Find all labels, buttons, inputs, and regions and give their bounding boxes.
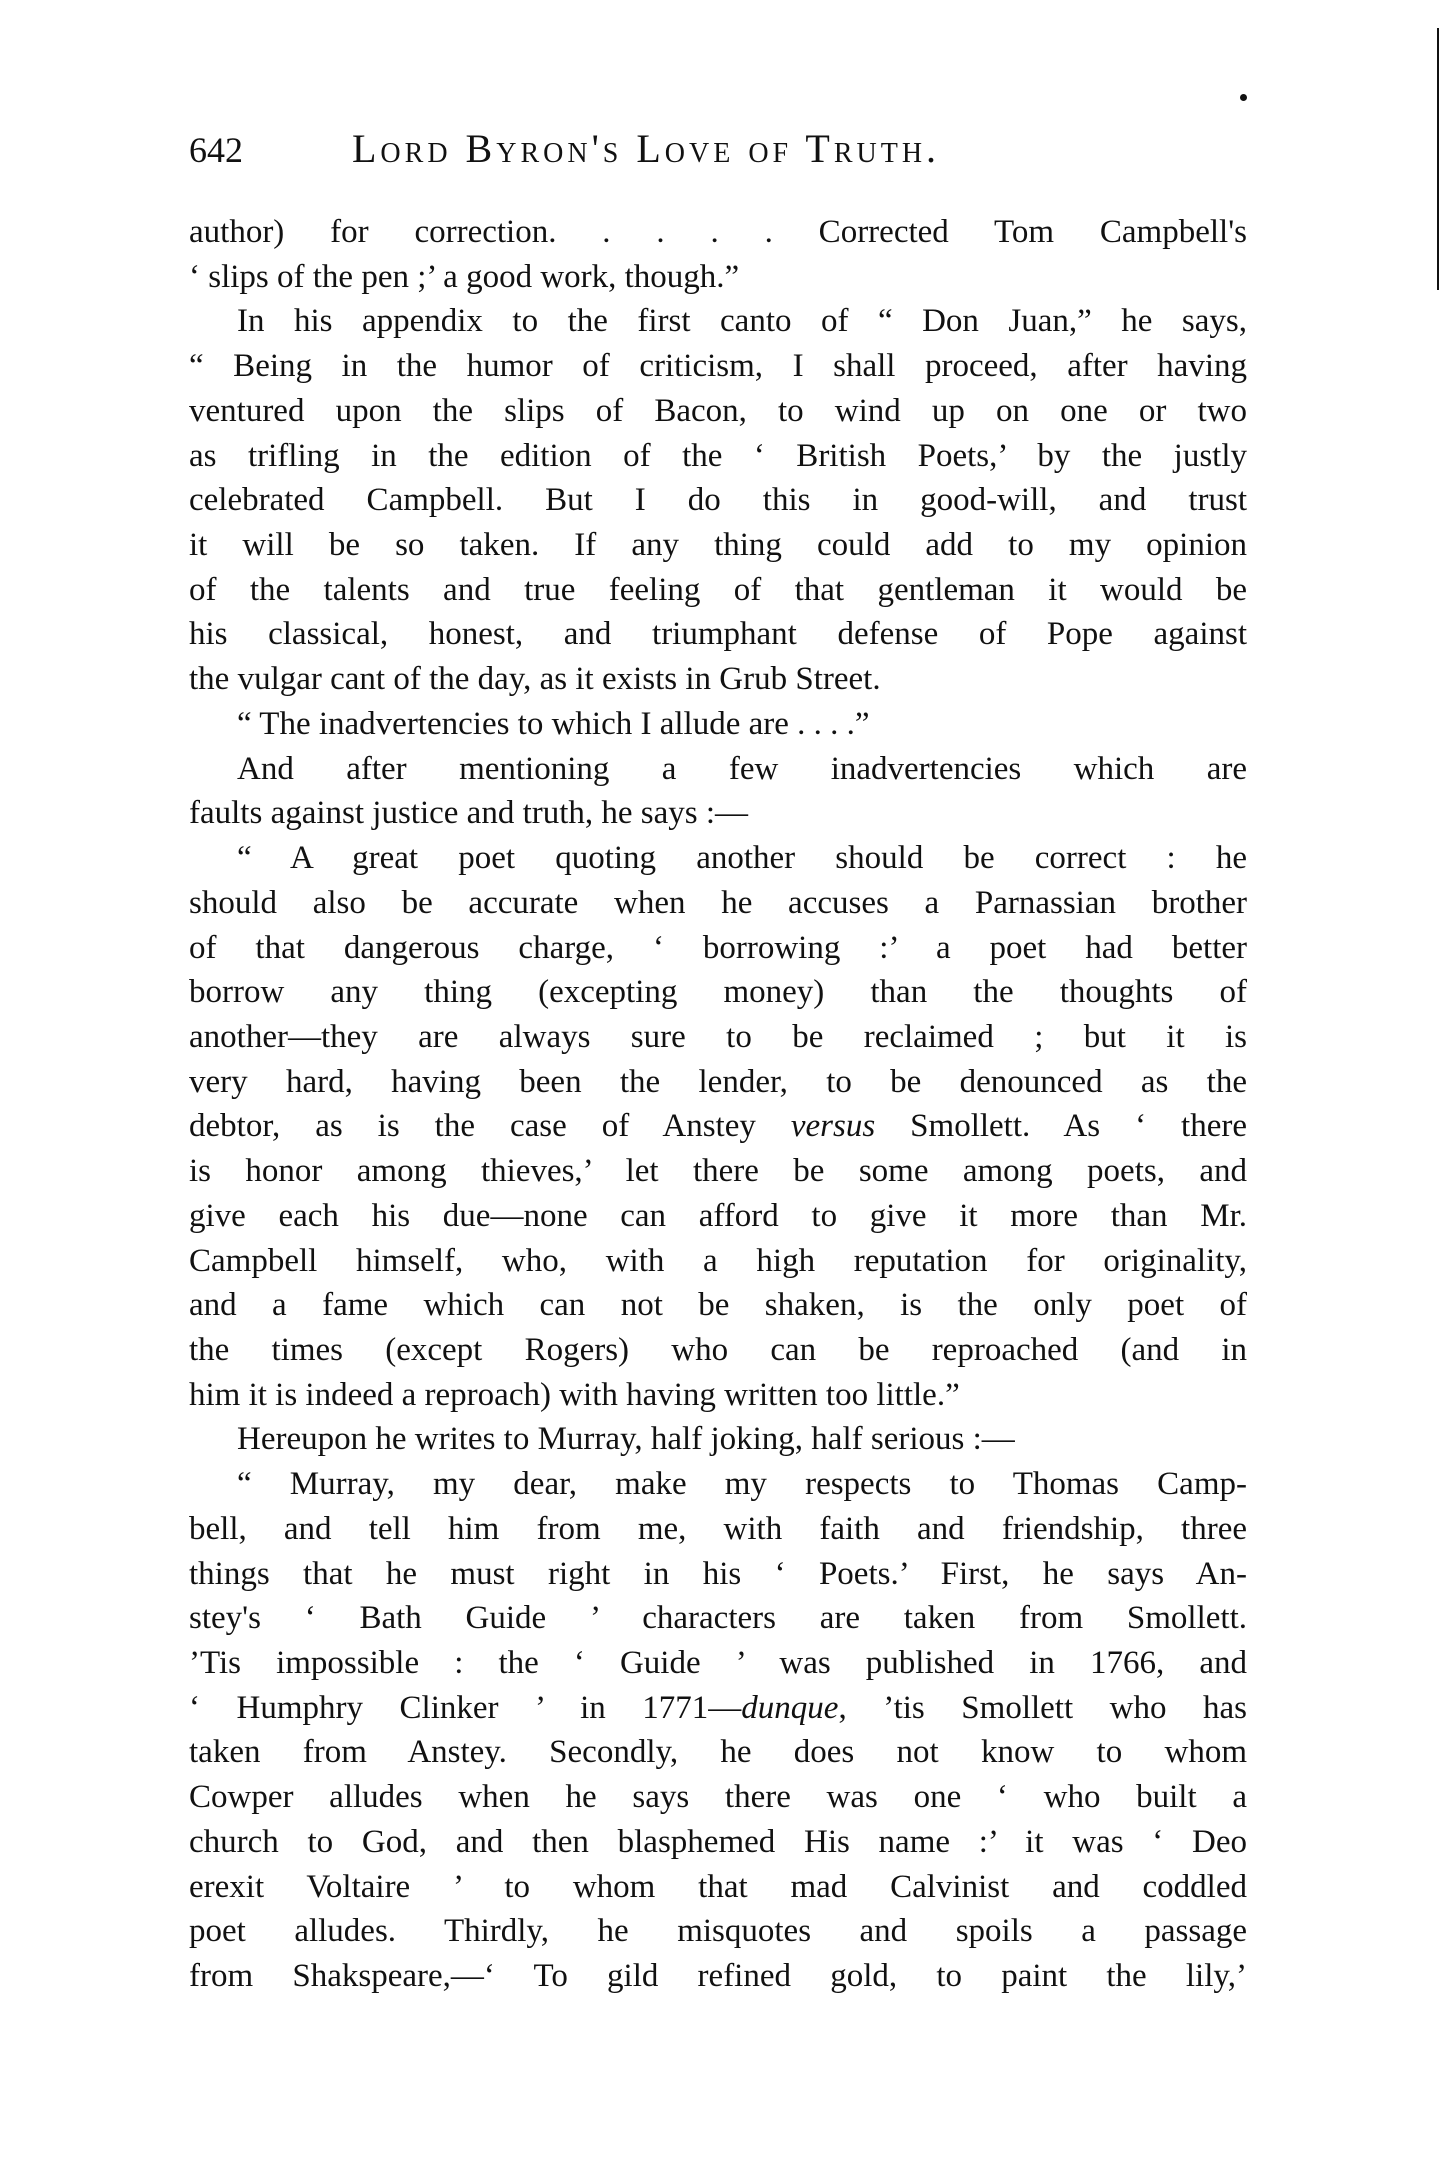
text-segment: , ’tis Smollett who has <box>838 1690 1247 1726</box>
scan-speck <box>1240 94 1247 101</box>
text-line: taken from Anstey. Secondly, he does not… <box>189 1730 1247 1775</box>
text-line: another—they are always sure to be recla… <box>189 1015 1247 1060</box>
text-line: author) for correction. . . . . Correcte… <box>189 210 1247 255</box>
text-line: “ Murray, my dear, make my respects to T… <box>189 1462 1247 1507</box>
text-line: “ A great poet quoting another should be… <box>189 836 1247 881</box>
text-line: In his appendix to the first canto of “ … <box>189 299 1247 344</box>
book-page: 642Lord Byron's Love of Truth. author) f… <box>0 0 1441 2164</box>
text-line: Cowper alludes when he says there was on… <box>189 1775 1247 1820</box>
text-line: things that he must right in his ‘ Poets… <box>189 1552 1247 1597</box>
italic-word: dunque <box>741 1690 838 1726</box>
text-segment: ‘ Humphry Clinker ’ in 1771— <box>189 1690 741 1726</box>
italic-word: versus <box>791 1108 875 1144</box>
text-line: stey's ‘ Bath Guide ’ characters are tak… <box>189 1596 1247 1641</box>
page-number: 642 <box>189 130 352 170</box>
text-line: bell, and tell him from me, with faith a… <box>189 1507 1247 1552</box>
text-line: erexit Voltaire ’ to whom that mad Calvi… <box>189 1865 1247 1910</box>
text-line: Campbell himself, who, with a high reput… <box>189 1239 1247 1284</box>
text-line: “ Being in the humor of criticism, I sha… <box>189 344 1247 389</box>
text-line: faults against justice and truth, he say… <box>189 791 1247 836</box>
text-line: Hereupon he writes to Murray, half jokin… <box>189 1417 1247 1462</box>
text-line: ‘ slips of the pen ;’ a good work, thoug… <box>189 255 1247 300</box>
page-edge-line <box>1437 28 1439 290</box>
text-line: ventured upon the slips of Bacon, to win… <box>189 389 1247 434</box>
text-line: of that dangerous charge, ‘ borrowing :’… <box>189 926 1247 971</box>
text-line: is honor among thieves,’ let there be so… <box>189 1149 1247 1194</box>
text-line: as trifling in the edition of the ‘ Brit… <box>189 434 1247 479</box>
text-line: from Shakspeare,—‘ To gild refined gold,… <box>189 1954 1247 1999</box>
text-line: give each his due—none can afford to giv… <box>189 1194 1247 1239</box>
text-line: “ The inadvertencies to which I allude a… <box>189 702 1247 747</box>
text-line: borrow any thing (excepting money) than … <box>189 970 1247 1015</box>
text-segment: debtor, as is the case of Anstey <box>189 1108 791 1144</box>
text-line: And after mentioning a few inadvertencie… <box>189 747 1247 792</box>
text-line: church to God, and then blasphemed His n… <box>189 1820 1247 1865</box>
text-line: celebrated Campbell. But I do this in go… <box>189 478 1247 523</box>
running-title: Lord Byron's Love of Truth. <box>352 129 940 169</box>
text-segment: Smollett. As ‘ there <box>875 1108 1247 1144</box>
text-line: poet alludes. Thirdly, he misquotes and … <box>189 1909 1247 1954</box>
text-line: ’Tis impossible : the ‘ Guide ’ was publ… <box>189 1641 1247 1686</box>
text-line: should also be accurate when he accuses … <box>189 881 1247 926</box>
text-line: ‘ Humphry Clinker ’ in 1771—dunque, ’tis… <box>189 1686 1247 1731</box>
text-line: him it is indeed a reproach) with having… <box>189 1373 1247 1418</box>
text-line: and a fame which can not be shaken, is t… <box>189 1283 1247 1328</box>
text-line: his classical, honest, and triumphant de… <box>189 612 1247 657</box>
text-line: of the talents and true feeling of that … <box>189 568 1247 613</box>
text-line: debtor, as is the case of Anstey versus … <box>189 1104 1247 1149</box>
running-head: 642Lord Byron's Love of Truth. <box>189 129 940 169</box>
text-line: very hard, having been the lender, to be… <box>189 1060 1247 1105</box>
text-line: the vulgar cant of the day, as it exists… <box>189 657 1247 702</box>
body-text: author) for correction. . . . . Correcte… <box>189 210 1247 1999</box>
text-line: it will be so taken. If any thing could … <box>189 523 1247 568</box>
text-line: the times (except Rogers) who can be rep… <box>189 1328 1247 1373</box>
